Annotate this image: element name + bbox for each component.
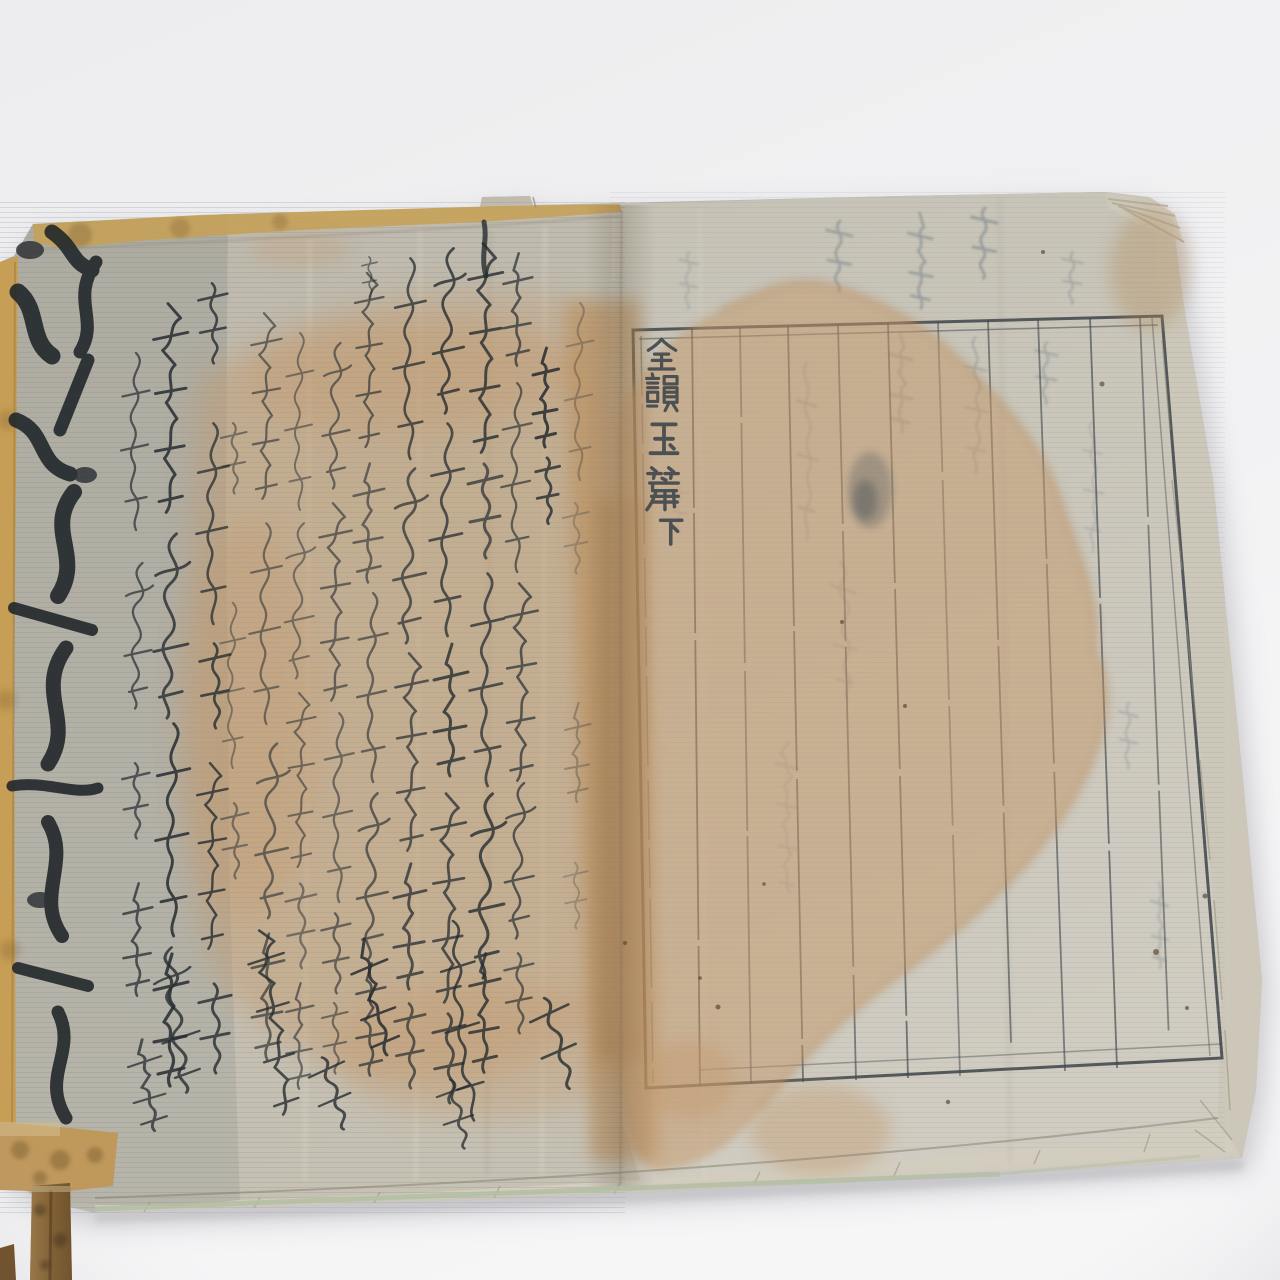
photo-stage: 全韻玉篇 下 (0, 0, 1280, 1280)
vignette (0, 0, 1280, 1280)
book-photo-svg: 全韻玉篇 下 (0, 0, 1280, 1280)
